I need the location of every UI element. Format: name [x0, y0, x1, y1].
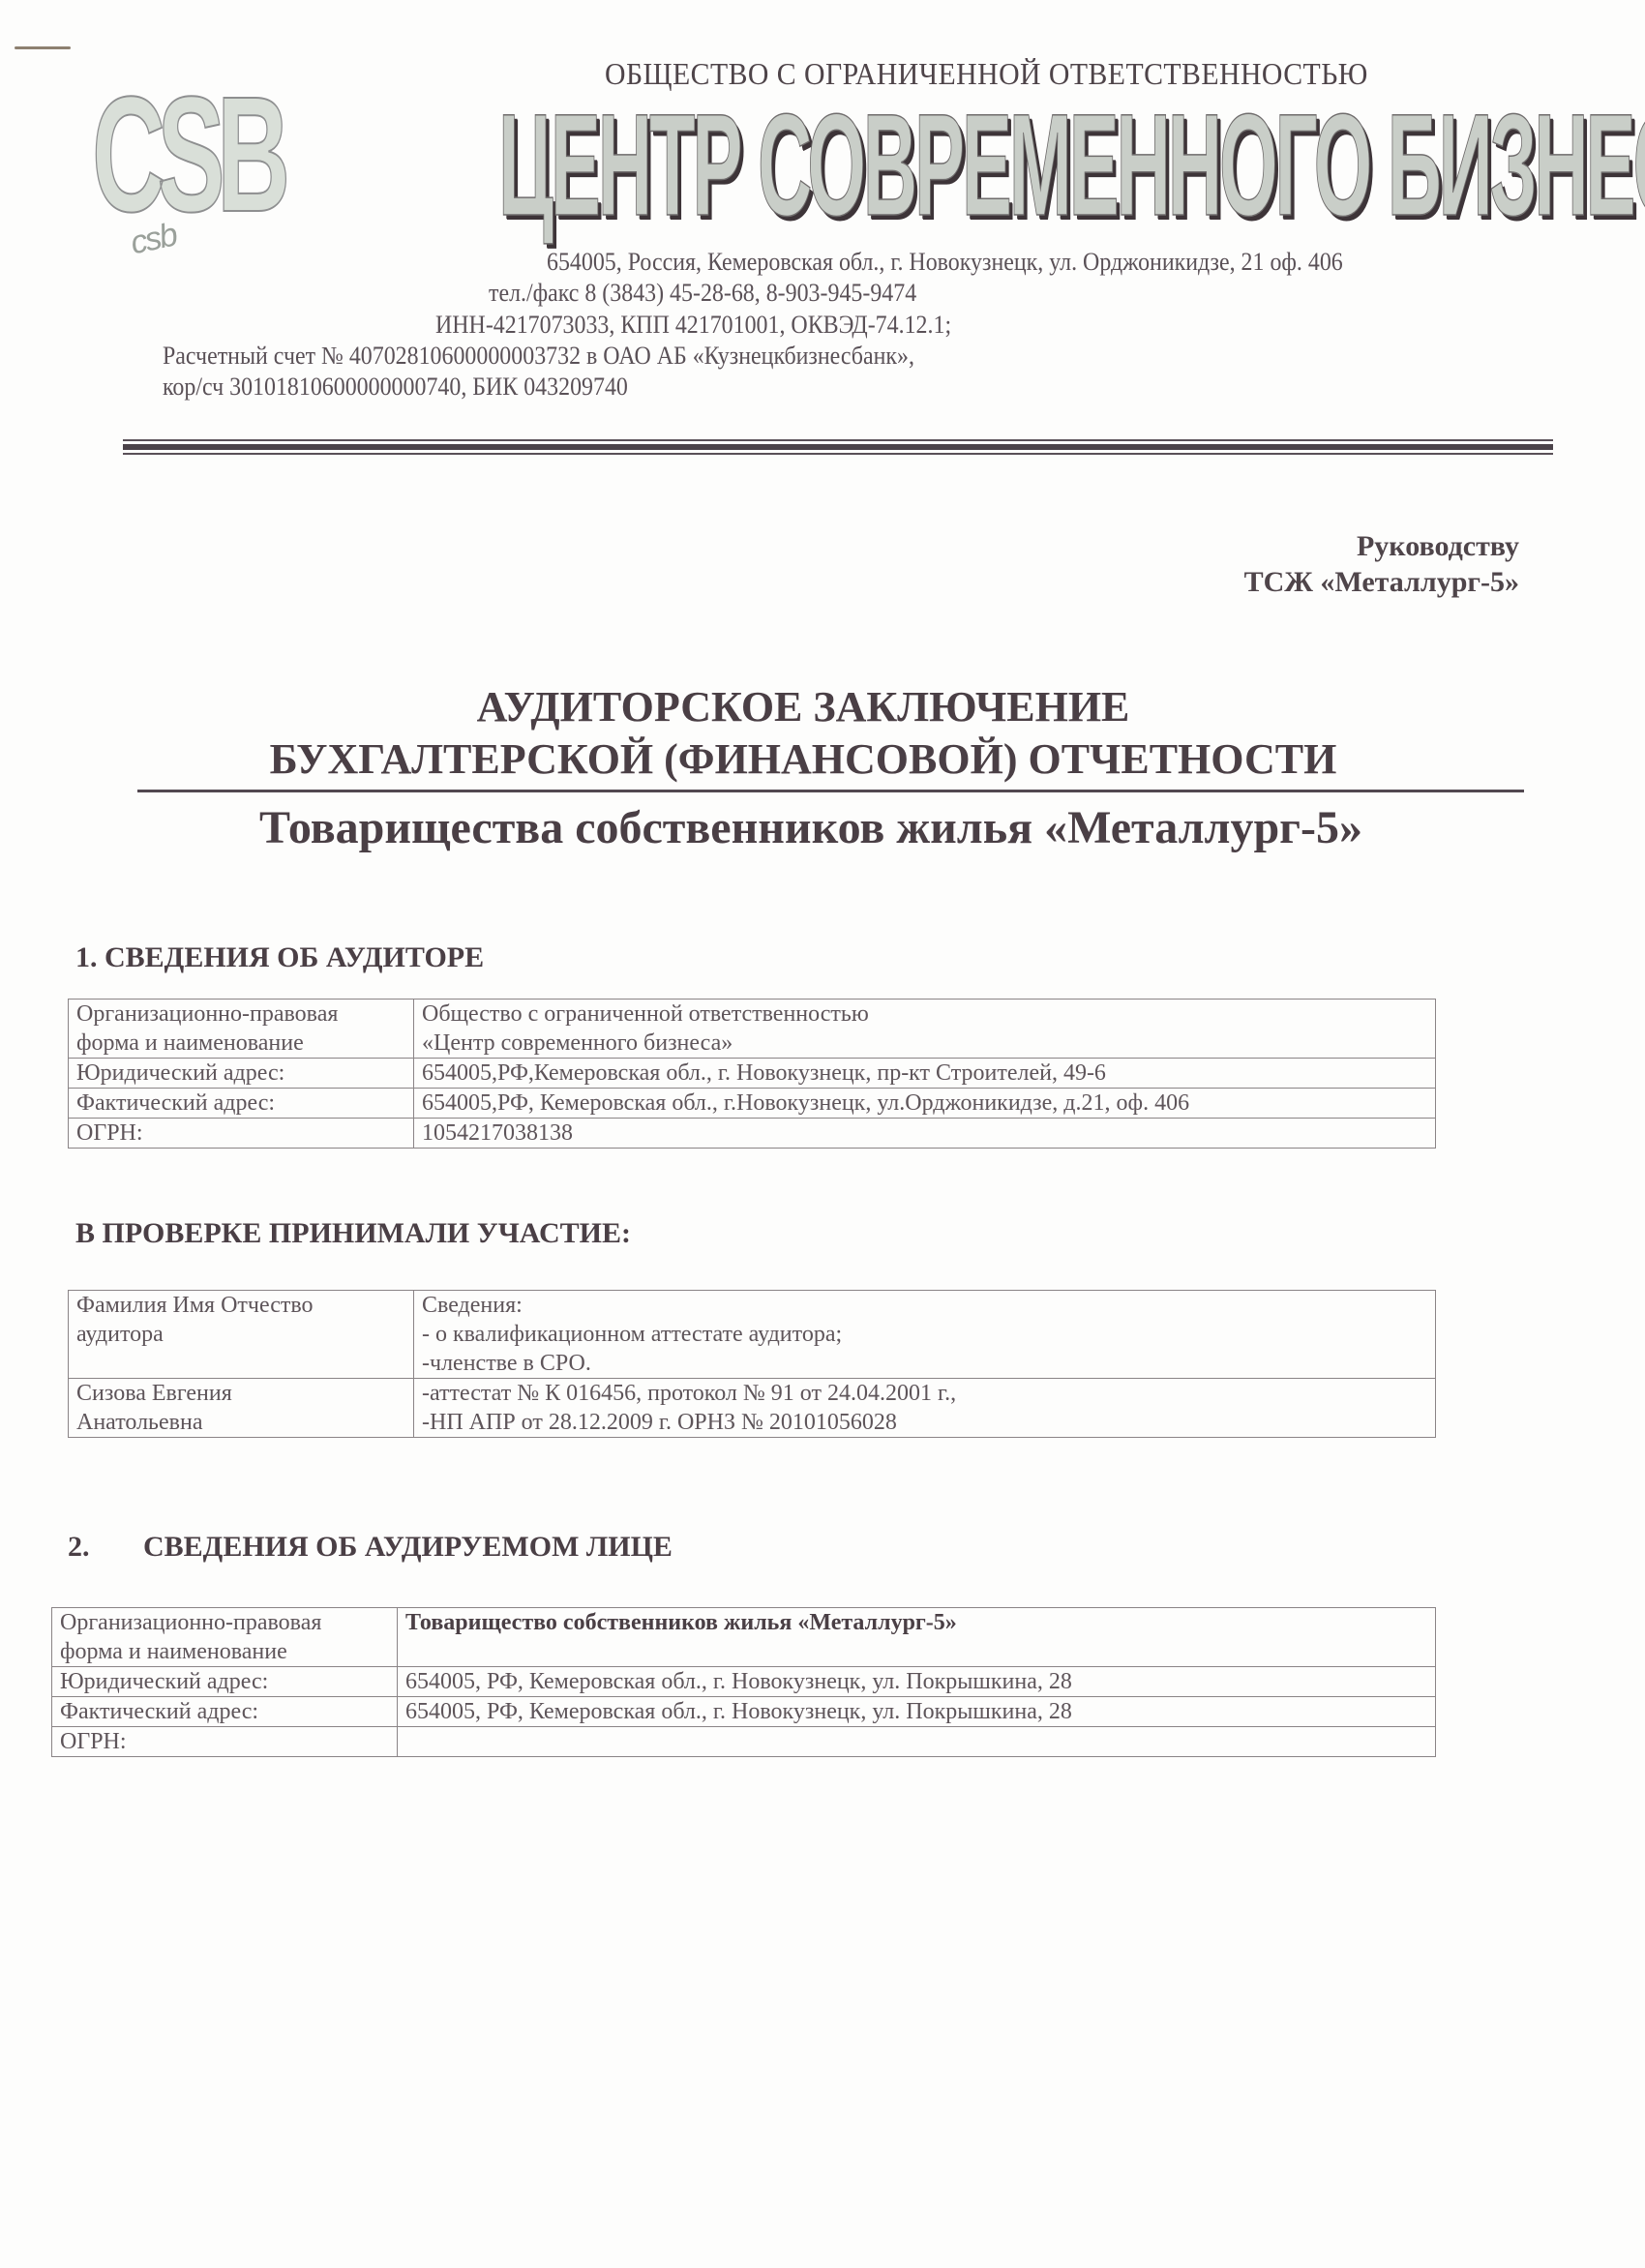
value-line [405, 1727, 1427, 1756]
label-line: Организационно-правовая [76, 1000, 405, 1029]
participants-heading: В ПРОВЕРКЕ ПРИНИМАЛИ УЧАСТИЕ: [75, 1217, 631, 1250]
row-value [398, 1727, 1436, 1757]
title-underline [137, 790, 1524, 792]
letterhead-rule-top [123, 439, 1553, 441]
row-value: Товарищество собственников жилья «Металл… [398, 1608, 1436, 1667]
value-line: «Центр современного бизнеса» [422, 1029, 1427, 1058]
label-line: Фактический адрес: [60, 1697, 389, 1726]
table-row: ОГРН:1054217038138 [69, 1119, 1436, 1149]
value-line: 654005, РФ, Кемеровская обл., г. Новокуз… [405, 1667, 1427, 1696]
section-1-heading: 1. СВЕДЕНИЯ ОБ АУДИТОРЕ [75, 941, 484, 974]
org-name-banner: ЦЕНТР СОВРЕМЕННОГО БИЗНЕСА [498, 104, 1042, 225]
row-label: Юридический адрес: [69, 1059, 414, 1089]
row-label: Сизова ЕвгенияАнатольевна [69, 1379, 414, 1438]
row-value: 654005,РФ,Кемеровская обл., г. Новокузне… [414, 1059, 1436, 1089]
value-line: 654005,РФ,Кемеровская обл., г. Новокузне… [422, 1059, 1427, 1088]
row-value: 654005, РФ, Кемеровская обл., г. Новокуз… [398, 1667, 1436, 1697]
row-label: Юридический адрес: [52, 1667, 398, 1697]
table-row: Фактический адрес:654005,РФ, Кемеровская… [69, 1089, 1436, 1119]
label-line: форма и наименование [76, 1029, 405, 1058]
value-line: 654005, РФ, Кемеровская обл., г. Новокуз… [405, 1697, 1427, 1726]
row-value: 1054217038138 [414, 1119, 1436, 1149]
label-line: Фактический адрес: [76, 1089, 405, 1118]
row-label: ОГРН: [52, 1727, 398, 1757]
label-line: ОГРН: [76, 1119, 405, 1148]
label-line: Анатольевна [76, 1408, 405, 1437]
label-line: Сизова Евгения [76, 1379, 405, 1408]
addressee-line-1: Руководству [1357, 530, 1519, 563]
value-line: Общество с ограниченной ответственностью [422, 1000, 1427, 1029]
section-2-number: 2. [68, 1531, 143, 1564]
document-title-line-1: АУДИТОРСКОЕ ЗАКЛЮЧЕНИЕ [0, 682, 1626, 731]
document-subtitle: Товарищества собственников жилья «Металл… [0, 801, 1633, 854]
participants-table: Фамилия Имя ОтчествоаудитораСведения:- о… [68, 1290, 1436, 1438]
value-line: 1054217038138 [422, 1119, 1427, 1148]
row-value: Сведения:- о квалификационном аттестате … [414, 1291, 1436, 1379]
row-label: Фактический адрес: [69, 1089, 414, 1119]
letterhead-tax-ids: ИНН-4217073033, КПП 421701001, ОКВЭД-74.… [435, 311, 951, 340]
label-line: Фамилия Имя Отчество [76, 1291, 405, 1320]
section-2-title: СВЕДЕНИЯ ОБ АУДИРУЕМОМ ЛИЦЕ [143, 1531, 673, 1563]
letterhead-corr-account: кор/сч 30101810600000000740, БИК 0432097… [163, 373, 628, 402]
auditor-info-table: Организационно-правоваяформа и наименова… [68, 999, 1436, 1149]
letterhead-bank-account: Расчетный счет № 40702810600000003732 в … [163, 342, 914, 371]
row-label: Организационно-правоваяформа и наименова… [52, 1608, 398, 1667]
row-label: Фактический адрес: [52, 1697, 398, 1727]
label-line: форма и наименование [60, 1637, 389, 1666]
letterhead-rule-bottom [123, 453, 1553, 455]
table-row: Фамилия Имя ОтчествоаудитораСведения:- о… [69, 1291, 1436, 1379]
row-label: Организационно-правоваяформа и наименова… [69, 1000, 414, 1059]
label-line: ОГРН: [60, 1727, 389, 1756]
row-value: Общество с ограниченной ответственностью… [414, 1000, 1436, 1059]
value-line: 654005,РФ, Кемеровская обл., г.Новокузне… [422, 1089, 1427, 1118]
value-line: Товарищество собственников жилья «Металл… [405, 1608, 1427, 1637]
stray-pen-mark [15, 46, 71, 49]
csb-logo: CSB csb [92, 37, 276, 274]
value-line: -аттестат № К 016456, протокол № 91 от 2… [422, 1379, 1427, 1408]
value-line: - о квалификационном аттестате аудитора; [422, 1320, 1427, 1349]
row-value: 654005, РФ, Кемеровская обл., г. Новокуз… [398, 1697, 1436, 1727]
value-line: -членстве в СРО. [422, 1349, 1427, 1378]
row-label: ОГРН: [69, 1119, 414, 1149]
table-row: ОГРН: [52, 1727, 1436, 1757]
document-title-line-2: БУХГАЛТЕРСКОЙ (ФИНАНСОВОЙ) ОТЧЕТНОСТИ [0, 734, 1626, 784]
label-line: Юридический адрес: [76, 1059, 405, 1088]
section-2-heading: 2.СВЕДЕНИЯ ОБ АУДИРУЕМОМ ЛИЦЕ [68, 1531, 673, 1564]
letterhead-address: 654005, Россия, Кемеровская обл., г. Нов… [547, 248, 1343, 277]
label-line: Организационно-правовая [60, 1608, 389, 1637]
letterhead-phone: тел./факс 8 (3843) 45-28-68, 8-903-945-9… [489, 279, 916, 308]
value-line: Сведения: [422, 1291, 1427, 1320]
letterhead-rule-main [123, 444, 1553, 450]
table-row: Юридический адрес:654005,РФ,Кемеровская … [69, 1059, 1436, 1089]
row-value: 654005,РФ, Кемеровская обл., г.Новокузне… [414, 1089, 1436, 1119]
row-value: -аттестат № К 016456, протокол № 91 от 2… [414, 1379, 1436, 1438]
table-row: Фактический адрес:654005, РФ, Кемеровска… [52, 1697, 1436, 1727]
label-line: аудитора [76, 1320, 405, 1349]
table-row: Юридический адрес:654005, РФ, Кемеровска… [52, 1667, 1436, 1697]
table-row: Сизова ЕвгенияАнатольевна-аттестат № К 0… [69, 1379, 1436, 1438]
label-line: Юридический адрес: [60, 1667, 389, 1696]
audited-entity-table: Организационно-правоваяформа и наименова… [51, 1607, 1436, 1757]
row-label: Фамилия Имя Отчествоаудитора [69, 1291, 414, 1379]
table-row: Организационно-правоваяформа и наименова… [52, 1608, 1436, 1667]
addressee-line-2: ТСЖ «Металлург-5» [1244, 566, 1519, 599]
value-line: -НП АПР от 28.12.2009 г. ОРНЗ № 20101056… [422, 1408, 1427, 1437]
table-row: Организационно-правоваяформа и наименова… [69, 1000, 1436, 1059]
